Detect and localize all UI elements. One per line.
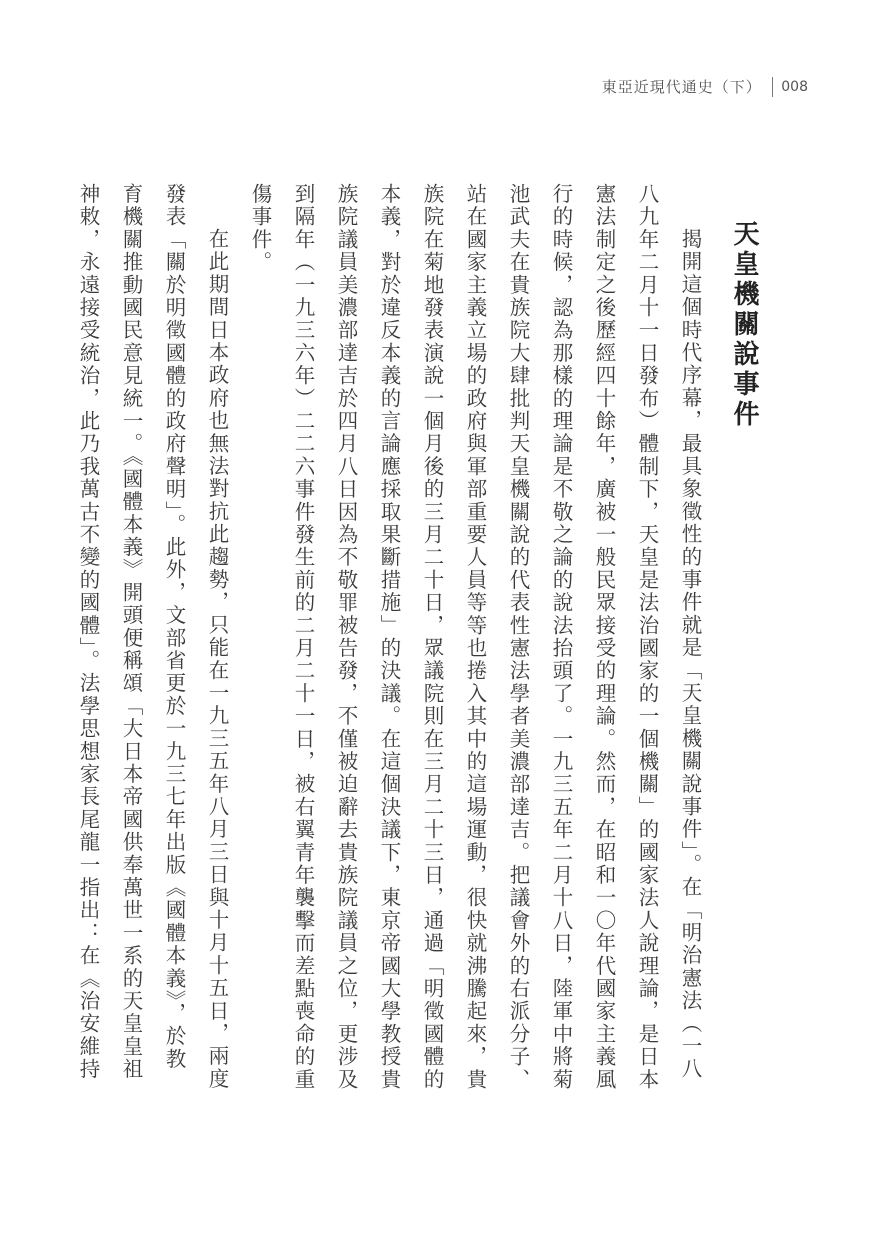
text-column: 在此期間日本政府也無法對抗此趨勢，只能在一九三五年八月三日與十月十五日，兩度 bbox=[204, 183, 230, 1091]
body-text: 揭開這個時代序幕，最具象徵性的事件就是「天皇機關說事件」。在「明治憲法（一八 八… bbox=[0, 183, 870, 1123]
text-column: 本義，對於違反本義的言論應採取果斷措施」的決議。在這個決議下，東京帝國大學教授貴 bbox=[376, 183, 402, 1091]
text-column: 育機關推動國民意見統一。《國體本義》開頭便稱頌「大日本帝國供奉萬世一系的天皇皇祖 bbox=[118, 183, 144, 1081]
text-column: 揭開這個時代序幕，最具象徵性的事件就是「天皇機關說事件」。在「明治憲法（一八 bbox=[677, 183, 703, 1080]
text-column: 族院在菊地發表演說一個月後的三月二十日，眾議院則在三月二十三日，通過「明徵國體的 bbox=[419, 183, 445, 1091]
text-column: 發表「關於明徵國體的政府聲明」。此外，文部省更於一九三七年出版《國體本義》，於教 bbox=[161, 183, 187, 1071]
header-divider bbox=[772, 77, 774, 97]
text-column: 到隔年（一九三六年）二二六事件發生前的二月二十一日，被右翼青年襲擊而差點喪命的重 bbox=[290, 183, 316, 1091]
text-column: 站在國家主義立場的政府與軍部重要人員等等也捲入其中的這場運動，很快就沸騰起來，貴 bbox=[462, 183, 488, 1091]
page-number: 008 bbox=[781, 79, 808, 95]
text-column: 傷事件。 bbox=[247, 183, 273, 274]
text-column: 行的時候，認為那樣的理論是不敬之論的說法抬頭了。一九三五年二月十八日，陸軍中將菊 bbox=[548, 183, 574, 1091]
text-column: 八九年二月十一日發布）體制下，天皇是法治國家的一個機關」的國家法人說理論，是日本 bbox=[634, 183, 660, 1091]
text-column: 神敕，永遠接受統治，此乃我萬古不變的國體」。法學思想家長尾龍一指出：在《治安維持 bbox=[75, 183, 101, 1081]
book-title: 東亞近現代通史（下） bbox=[602, 76, 762, 97]
text-column: 憲法制定之後歷經四十餘年，廣被一般民眾接受的理論。然而，在昭和一〇年代國家主義風 bbox=[591, 183, 617, 1091]
running-header: 東亞近現代通史（下） 008 bbox=[602, 76, 808, 97]
text-column: 族院議員美濃部達吉於四月八日因為不敬罪被告發，不僅被迫辭去貴族院議員之位，更涉及 bbox=[333, 183, 359, 1091]
text-column: 池武夫在貴族院大肆批判天皇機關說的代表性憲法學者美濃部達吉。把議會外的右派分子、 bbox=[505, 183, 531, 1091]
